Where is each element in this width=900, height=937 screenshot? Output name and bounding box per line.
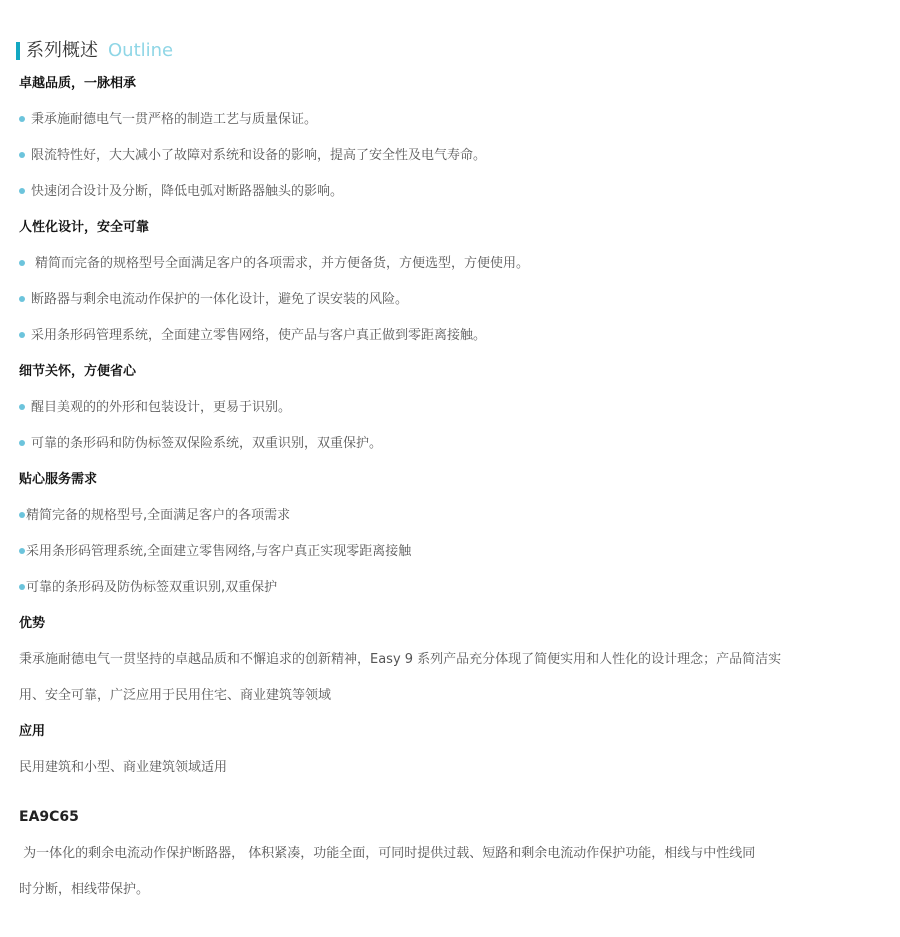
heading-service: 贴心服务需求 [19,471,97,489]
product-model: EA9C65 [19,808,79,826]
bullet-icon [19,116,25,122]
title-accent-bar [16,42,20,60]
title-chinese: 系列概述 [26,40,98,62]
heading-details: 细节关怀，方便省心 [19,363,136,381]
list-item: 秉承施耐德电气一贯严格的制造工艺与质量保证。 [19,111,317,129]
product-description-line: 时分断，相线带保护。 [19,881,149,899]
list-item: 精简完备的规格型号,全面满足客户的各项需求 [19,507,290,525]
list-item: 快速闭合设计及分断，降低电弧对断路器触头的影响。 [19,183,343,201]
list-item: 可靠的条形码及防伪标签双重识别,双重保护 [19,579,277,597]
bullet-icon [19,512,25,518]
section-title: 系列概述 Outline [16,40,173,62]
heading-advantages: 优势 [19,615,45,633]
list-item: 限流特性好，大大减小了故障对系统和设备的影响，提高了安全性及电气寿命。 [19,147,486,165]
bullet-icon [19,404,25,410]
list-item: 精简而完备的规格型号全面满足客户的各项需求，并方便备货，方便选型，方便使用。 [19,255,529,273]
advantages-paragraph-line: 秉承施耐德电气一贯坚持的卓越品质和不懈追求的创新精神，Easy 9 系列产品充分… [19,651,781,669]
bullet-icon [19,584,25,590]
advantages-paragraph-line: 用、安全可靠，广泛应用于民用住宅、商业建筑等领域 [19,687,331,705]
bullet-icon [19,152,25,158]
list-item: 断路器与剩余电流动作保护的一体化设计，避免了误安装的风险。 [19,291,408,309]
bullet-icon [19,548,25,554]
bullet-icon [19,260,25,266]
bullet-icon [19,440,25,446]
list-item: 采用条形码管理系统，全面建立零售网络，使产品与客户真正做到零距离接触。 [19,327,486,345]
title-english: Outline [108,40,173,62]
bullet-icon [19,332,25,338]
list-item: 醒目美观的的外形和包装设计，更易于识别。 [19,399,291,417]
list-item: 采用条形码管理系统,全面建立零售网络,与客户真正实现零距离接触 [19,543,411,561]
bullet-icon [19,188,25,194]
product-description-line: 为一体化的剩余电流动作保护断路器， 体积紧凑，功能全面，可同时提供过载、短路和剩… [19,845,755,863]
heading-quality: 卓越品质，一脉相承 [19,75,136,93]
heading-application: 应用 [19,723,45,741]
application-paragraph: 民用建筑和小型、商业建筑领域适用 [19,759,227,777]
bullet-icon [19,296,25,302]
list-item: 可靠的条形码和防伪标签双保险系统，双重识别，双重保护。 [19,435,382,453]
heading-design: 人性化设计，安全可靠 [19,219,149,237]
